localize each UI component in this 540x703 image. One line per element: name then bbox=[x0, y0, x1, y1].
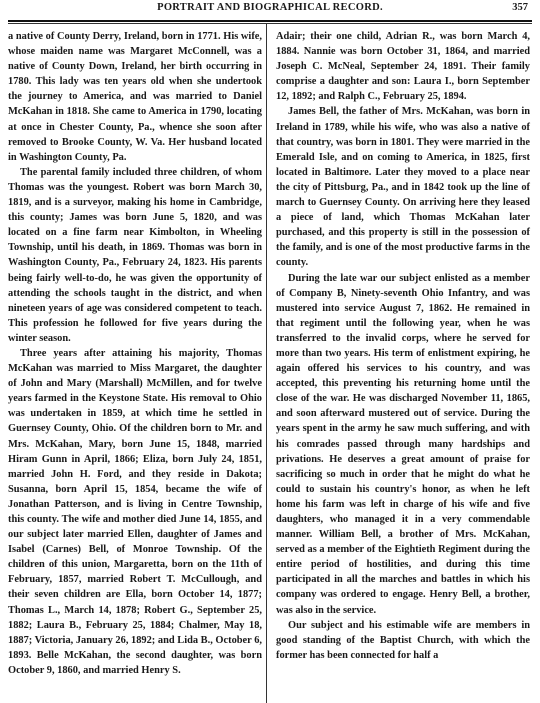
page-title: PORTRAIT AND BIOGRAPHICAL RECORD. bbox=[0, 2, 540, 13]
paragraph: Adair; their one child, Adrian R., was b… bbox=[276, 29, 530, 104]
header-rule-thin bbox=[8, 23, 532, 24]
paragraph: James Bell, the father of Mrs. McKahan, … bbox=[276, 104, 530, 270]
document-page: PORTRAIT AND BIOGRAPHICAL RECORD. 357 a … bbox=[0, 0, 540, 703]
paragraph: a native of County Derry, Ireland, born … bbox=[8, 29, 262, 165]
paragraph: Three years after attaining his majority… bbox=[8, 346, 262, 678]
paragraph: During the late war our subject enlisted… bbox=[276, 271, 530, 618]
paragraph: The parental family included three child… bbox=[8, 165, 262, 346]
column-divider bbox=[266, 24, 267, 703]
header-rule-thick bbox=[8, 20, 532, 22]
running-header: PORTRAIT AND BIOGRAPHICAL RECORD. 357 bbox=[0, 2, 540, 16]
paragraph: Our subject and his estimable wife are m… bbox=[276, 618, 530, 663]
left-column: a native of County Derry, Ireland, born … bbox=[8, 29, 262, 678]
page-number: 357 bbox=[512, 2, 528, 13]
right-column: Adair; their one child, Adrian R., was b… bbox=[276, 29, 530, 663]
